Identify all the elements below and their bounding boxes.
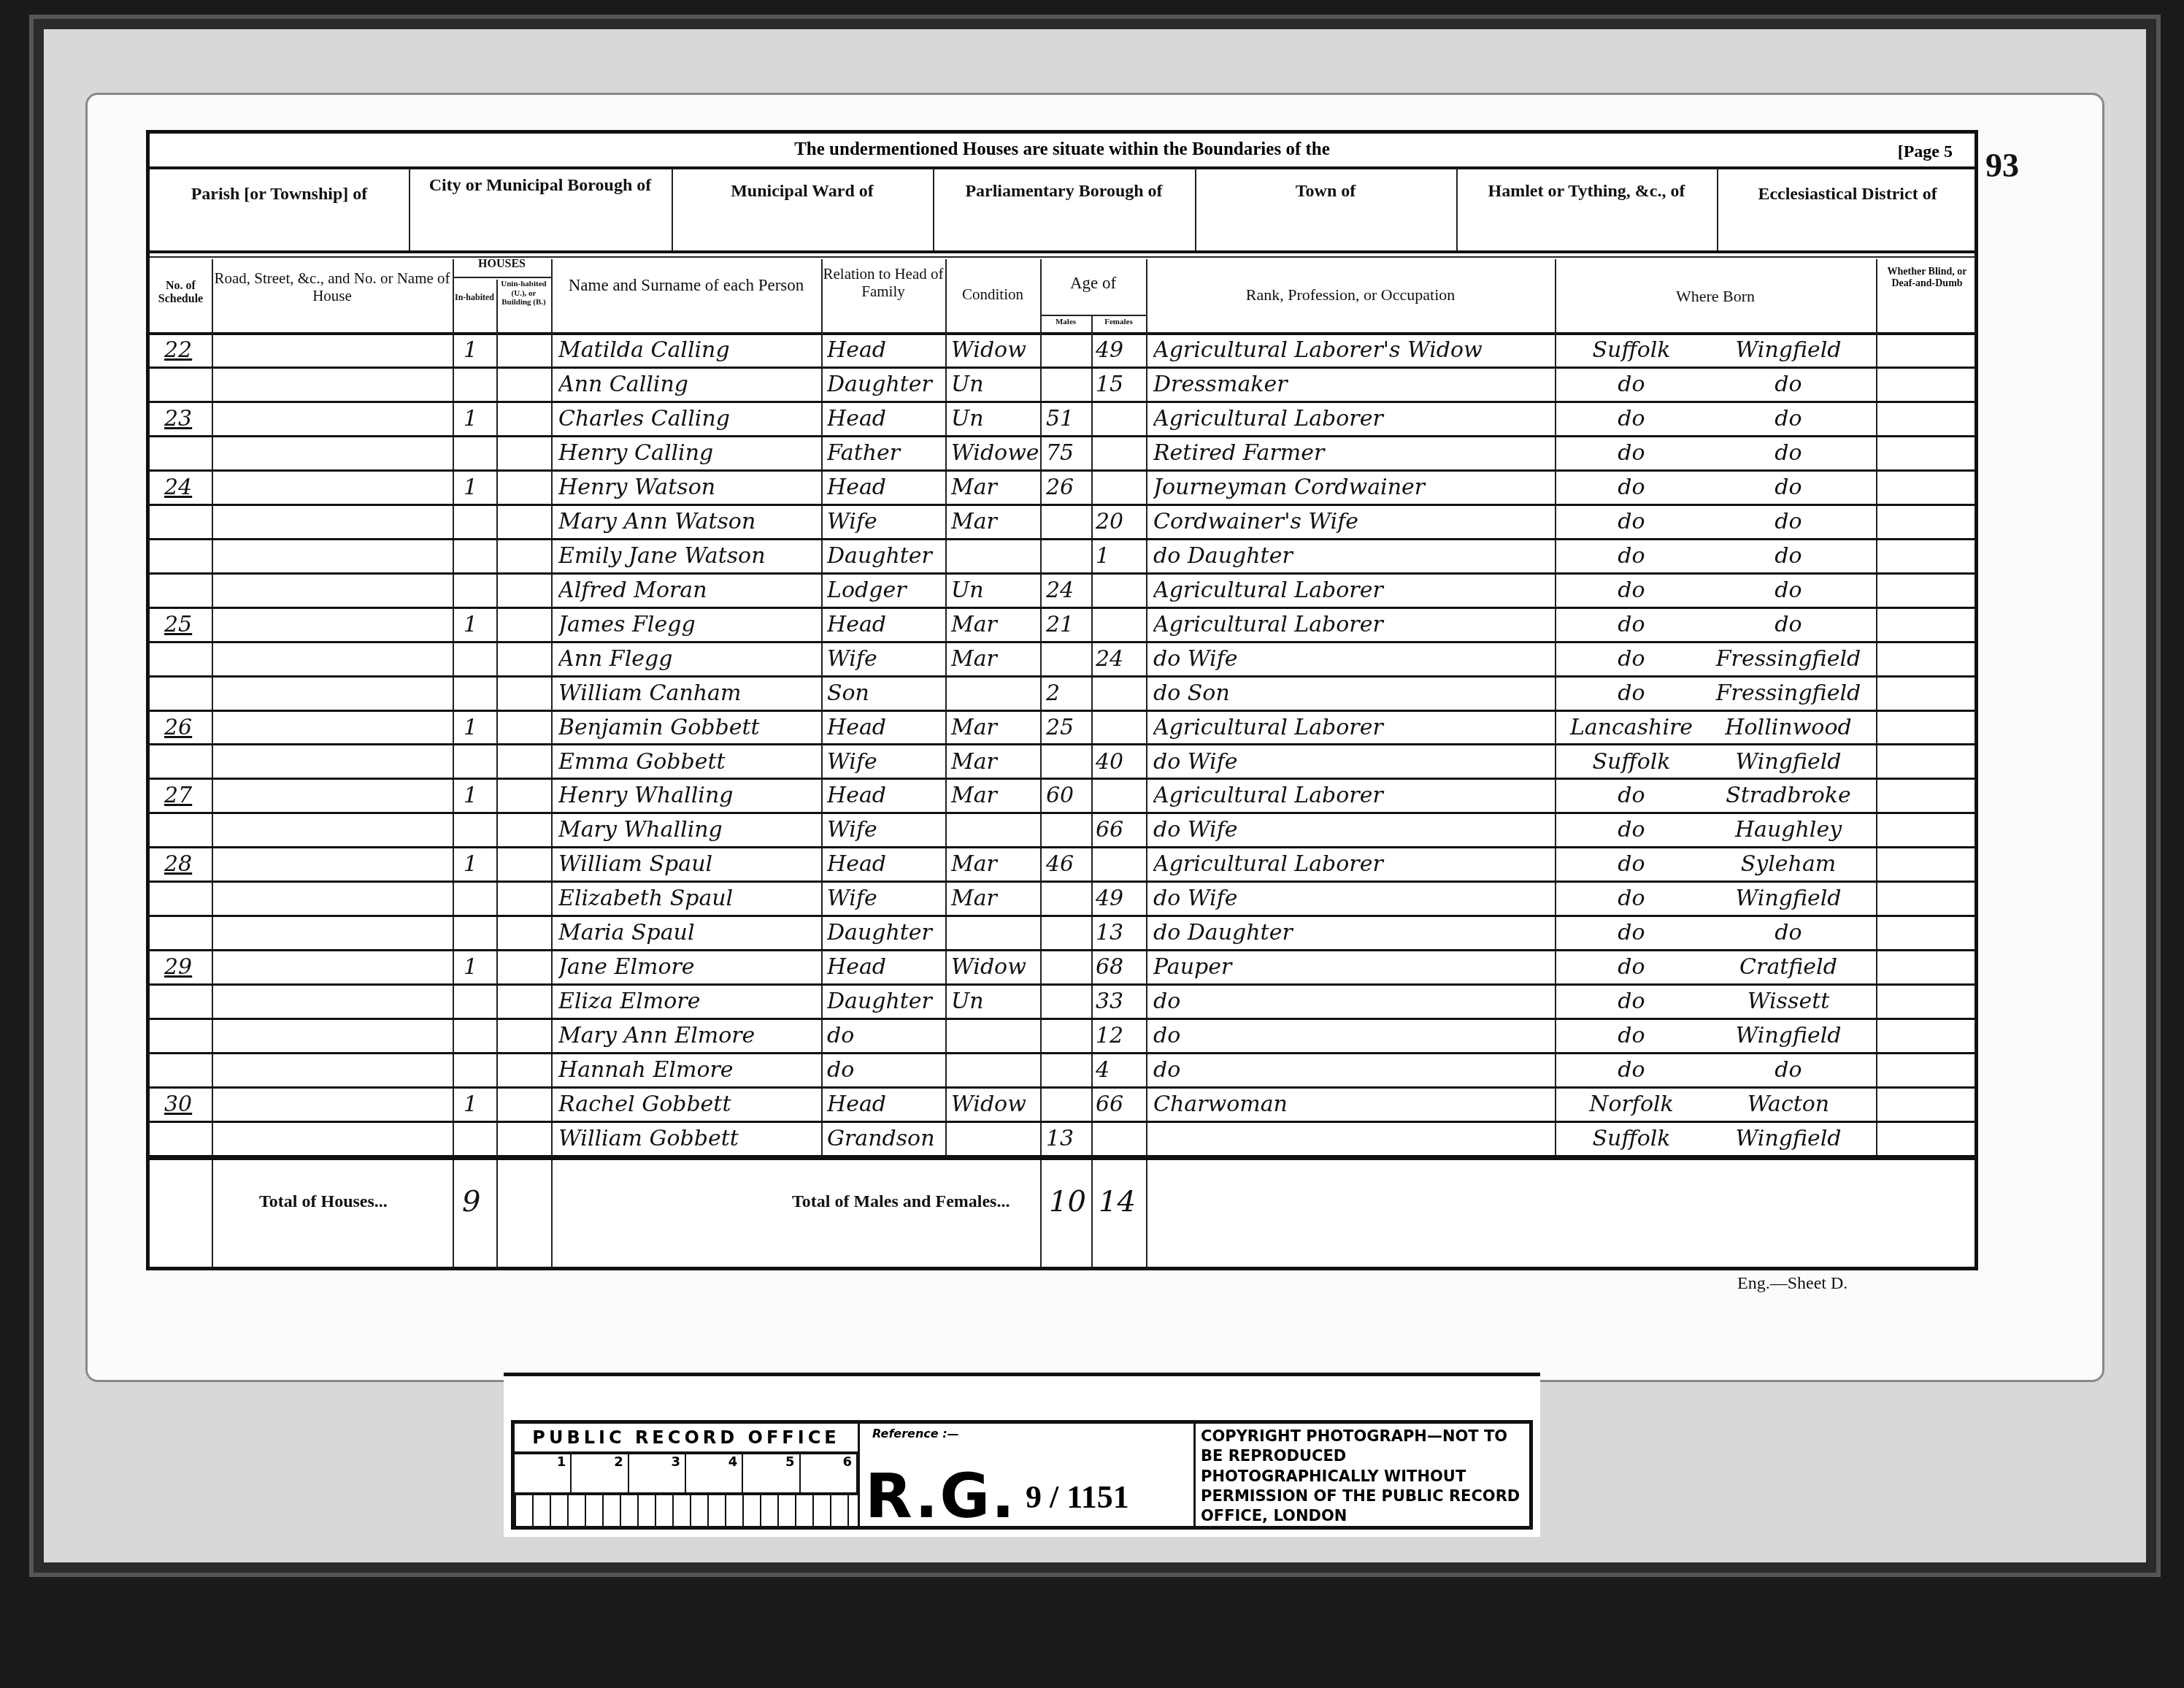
female-age: 20 [1096, 509, 1144, 534]
birth-county: do [1562, 817, 1701, 843]
divider [1456, 169, 1458, 250]
female-age: 40 [1096, 749, 1144, 775]
relation-to-head: Daughter [827, 543, 944, 569]
occupation: Agricultural Laborer [1153, 578, 1551, 603]
person-name: Emily Jane Watson [558, 543, 818, 569]
birth-place: Syleham [1704, 851, 1872, 877]
census-row: Mary WhallingWife66do WifedoHaughley [150, 814, 1975, 848]
occupation: Journeyman Cordwainer [1153, 475, 1551, 500]
relation-to-head: Daughter [827, 372, 944, 397]
relation-to-head: Head [827, 475, 944, 500]
person-name: James Flegg [558, 612, 818, 637]
ruler-scale: 1 2 3 4 5 6 [515, 1454, 858, 1495]
sheet-footer-note: Eng.—Sheet D. [1737, 1274, 1847, 1294]
male-age: 46 [1046, 851, 1090, 877]
male-age: 75 [1046, 440, 1090, 466]
col-condition: Condition [945, 285, 1040, 303]
birth-county: do [1562, 406, 1701, 431]
ruler-mark: 1 [515, 1454, 572, 1492]
inhabited-mark: 1 [464, 715, 493, 740]
relation-to-head: Lodger [827, 578, 944, 603]
census-row: Emma GobbettWifeMar40do WifeSuffolkWingf… [150, 746, 1975, 780]
occupation: Agricultural Laborer [1153, 783, 1551, 808]
inhabited-mark: 1 [464, 1092, 493, 1117]
birth-county: Suffolk [1562, 749, 1701, 775]
person-name: Eliza Elmore [558, 989, 818, 1014]
birth-place: do [1704, 406, 1872, 431]
occupation: do [1153, 989, 1551, 1014]
parish-header: Parish [or Township] of [150, 185, 409, 205]
divider [933, 169, 934, 250]
total-houses-label: Total of Houses... [259, 1192, 388, 1212]
relation-to-head: Grandson [827, 1126, 944, 1151]
inhabited-mark: 1 [464, 783, 493, 808]
birth-county: do [1562, 920, 1701, 945]
divider [150, 166, 1975, 169]
occupation: Agricultural Laborer [1153, 406, 1551, 431]
female-age: 49 [1096, 337, 1144, 363]
marital-condition: Mar [951, 509, 1039, 534]
person-name: Ann Calling [558, 372, 818, 397]
divider [150, 256, 1975, 258]
occupation: do [1153, 1057, 1551, 1083]
marital-condition: Un [951, 578, 1039, 603]
col-relation: Relation to Head of Family [821, 265, 945, 300]
person-name: Elizabeth Spaul [558, 886, 818, 911]
person-name: Mary Ann Elmore [558, 1023, 818, 1048]
census-row: Mary Ann WatsonWifeMar20Cordwainer's Wif… [150, 506, 1975, 540]
marital-condition: Widow [951, 337, 1039, 363]
birth-county: do [1562, 989, 1701, 1014]
person-name: Rachel Gobbett [558, 1092, 818, 1117]
person-name: Jane Elmore [558, 954, 818, 980]
census-row: Ann FleggWifeMar24do WifedoFressingfield [150, 643, 1975, 678]
birth-place: Hollinwood [1704, 715, 1872, 740]
person-name: Alfred Moran [558, 578, 818, 603]
birth-place: Cratfield [1704, 954, 1872, 980]
birth-county: do [1562, 1023, 1701, 1048]
female-age: 33 [1096, 989, 1144, 1014]
total-houses-value: 9 [462, 1185, 480, 1219]
relation-to-head: Son [827, 680, 944, 706]
page-number: [Page 5 [1898, 142, 1953, 162]
birth-place: do [1704, 372, 1872, 397]
census-row: Emily Jane WatsonDaughter1do Daughterdod… [150, 540, 1975, 575]
ruler-mark: 3 [629, 1454, 686, 1492]
ruler-ticks [515, 1495, 858, 1526]
inhabited-mark: 1 [464, 475, 493, 500]
inhabited-mark: 1 [464, 954, 493, 980]
occupation: do Wife [1153, 749, 1551, 775]
birth-place: do [1704, 475, 1872, 500]
col-uninhabited: Unin-habited (U.), or Building (B.) [496, 280, 551, 307]
col-houses: HOUSES [453, 258, 551, 271]
census-row: Hannah Elmoredo4dododo [150, 1054, 1975, 1089]
person-name: Benjamin Gobbett [558, 715, 818, 740]
office-title: PUBLIC RECORD OFFICE [515, 1424, 858, 1454]
male-age: 26 [1046, 475, 1090, 500]
marital-condition: Mar [951, 749, 1039, 775]
person-name: Hannah Elmore [558, 1057, 818, 1083]
ward-header: Municipal Ward of [672, 182, 933, 202]
relation-to-head: Daughter [827, 989, 944, 1014]
col-age: Age of [1040, 274, 1146, 293]
person-name: Maria Spaul [558, 920, 818, 945]
census-row: 241Henry WatsonHeadMar26Journeyman Cordw… [150, 472, 1975, 506]
boundaries-banner: The undermentioned Houses are situate wi… [150, 139, 1975, 160]
relation-to-head: Head [827, 783, 944, 808]
relation-to-head: Wife [827, 646, 944, 672]
total-females-value: 14 [1099, 1185, 1136, 1219]
birth-place: Wingfield [1704, 1023, 1872, 1048]
ruler-mark: 5 [743, 1454, 800, 1492]
census-rows: 221Matilda CallingHeadWidow49Agricultura… [150, 334, 1975, 1159]
marital-condition: Mar [951, 646, 1039, 672]
occupation: do Daughter [1153, 543, 1551, 569]
census-row: 271Henry WhallingHeadMar60Agricultural L… [150, 780, 1975, 814]
occupation: Cordwainer's Wife [1153, 509, 1551, 534]
census-row: 291Jane ElmoreHeadWidow68PauperdoCratfie… [150, 951, 1975, 986]
census-row: 221Matilda CallingHeadWidow49Agricultura… [150, 334, 1975, 369]
relation-to-head: Head [827, 851, 944, 877]
relation-to-head: Head [827, 612, 944, 637]
relation-to-head: Head [827, 715, 944, 740]
parliamentary-borough-header: Parliamentary Borough of [933, 182, 1195, 202]
person-name: Matilda Calling [558, 337, 818, 363]
female-age: 13 [1096, 920, 1144, 945]
marital-condition: Un [951, 989, 1039, 1014]
birth-county: Lancashire [1562, 715, 1701, 740]
female-age: 66 [1096, 1092, 1144, 1117]
male-age: 2 [1046, 680, 1090, 706]
public-record-office-panel: PUBLIC RECORD OFFICE 1 2 3 4 5 6 [515, 1424, 860, 1526]
birth-county: do [1562, 1057, 1701, 1083]
relation-to-head: Head [827, 406, 944, 431]
male-age: 24 [1046, 578, 1090, 603]
ecclesiastical-district-header: Ecclesiastical District of [1717, 185, 1978, 205]
schedule-number: 29 [164, 954, 208, 980]
relation-to-head: Head [827, 337, 944, 363]
marital-condition: Un [951, 406, 1039, 431]
census-row: William CanhamSon2do SondoFressingfield [150, 678, 1975, 712]
relation-to-head: Wife [827, 509, 944, 534]
occupation: do [1153, 1023, 1551, 1048]
col-name: Name and Surname of each Person [551, 276, 821, 295]
birth-county: do [1562, 783, 1701, 808]
birth-county: Norfolk [1562, 1092, 1701, 1117]
occupation: Agricultural Laborer [1153, 612, 1551, 637]
birth-place: do [1704, 920, 1872, 945]
divider [150, 250, 1975, 253]
schedule-number: 26 [164, 715, 208, 740]
census-row: 231Charles CallingHeadUn51Agricultural L… [150, 403, 1975, 437]
marital-condition: Mar [951, 851, 1039, 877]
divider [1195, 169, 1196, 250]
relation-to-head: Head [827, 954, 944, 980]
marital-condition: Un [951, 372, 1039, 397]
census-row: 301Rachel GobbettHeadWidow66CharwomanNor… [150, 1089, 1975, 1123]
marital-condition: Widow [951, 1092, 1039, 1117]
census-row: Eliza ElmoreDaughterUn33dodoWissett [150, 986, 1975, 1020]
birth-county: Suffolk [1562, 1126, 1701, 1151]
female-age: 12 [1096, 1023, 1144, 1048]
schedule-number: 25 [164, 612, 208, 637]
town-header: Town of [1195, 182, 1456, 202]
male-age: 21 [1046, 612, 1090, 637]
occupation: Charwoman [1153, 1092, 1551, 1117]
person-name: Mary Ann Watson [558, 509, 818, 534]
folio-number: 93 [1985, 146, 2019, 185]
schedule-number: 24 [164, 475, 208, 500]
birth-county: do [1562, 680, 1701, 706]
person-name: Henry Calling [558, 440, 818, 466]
birth-place: Stradbroke [1704, 783, 1872, 808]
reference-box: PUBLIC RECORD OFFICE 1 2 3 4 5 6 Referen… [511, 1420, 1533, 1530]
col-males: Males [1040, 318, 1091, 327]
occupation: Dressmaker [1153, 372, 1551, 397]
birth-place: do [1704, 1057, 1872, 1083]
birth-place: Wingfield [1704, 886, 1872, 911]
city-header: City or Municipal Borough of [409, 176, 672, 196]
inhabited-mark: 1 [464, 851, 493, 877]
marital-condition: Widower [951, 440, 1039, 466]
birth-place: Fressingfield [1704, 646, 1872, 672]
male-age: 25 [1046, 715, 1090, 740]
birth-county: do [1562, 954, 1701, 980]
census-row: Mary Ann Elmoredo12dodoWingfield [150, 1020, 1975, 1054]
occupation: Agricultural Laborer [1153, 851, 1551, 877]
birth-county: do [1562, 372, 1701, 397]
census-row: Alfred MoranLodgerUn24Agricultural Labor… [150, 575, 1975, 609]
occupation: Agricultural Laborer [1153, 715, 1551, 740]
occupation: do Son [1153, 680, 1551, 706]
female-age: 66 [1096, 817, 1144, 843]
total-persons-label: Total of Males and Females... [792, 1192, 1010, 1212]
birth-county: Suffolk [1562, 337, 1701, 363]
schedule-number: 22 [164, 337, 208, 363]
reference-panel: Reference :— R.G. 9 / 1151 [858, 1424, 1196, 1526]
col-females: Females [1091, 318, 1146, 327]
col-where-born: Where Born [1555, 287, 1876, 305]
ruler-mark: 4 [686, 1454, 743, 1492]
relation-to-head: Daughter [827, 920, 944, 945]
total-males-value: 10 [1049, 1185, 1086, 1219]
birth-place: do [1704, 612, 1872, 637]
person-name: Ann Flegg [558, 646, 818, 672]
reference-series: R.G. [865, 1460, 1016, 1532]
divider [672, 169, 673, 250]
birth-place: Wingfield [1704, 1126, 1872, 1151]
occupation: Retired Farmer [1153, 440, 1551, 466]
female-age: 15 [1096, 372, 1144, 397]
occupation: do Wife [1153, 886, 1551, 911]
birth-county: do [1562, 646, 1701, 672]
birth-place: Wacton [1704, 1092, 1872, 1117]
divider [150, 1157, 1975, 1160]
occupation: Pauper [1153, 954, 1551, 980]
person-name: William Canham [558, 680, 818, 706]
census-row: Henry CallingFatherWidower75Retired Farm… [150, 437, 1975, 472]
person-name: Henry Watson [558, 475, 818, 500]
male-age: 51 [1046, 406, 1090, 431]
inhabited-mark: 1 [464, 337, 493, 363]
marital-condition: Mar [951, 715, 1039, 740]
birth-place: Wingfield [1704, 749, 1872, 775]
census-row: 261Benjamin GobbettHeadMar25Agricultural… [150, 712, 1975, 746]
ruler-mark: 2 [572, 1454, 628, 1492]
birth-county: do [1562, 440, 1701, 466]
person-name: Emma Gobbett [558, 749, 818, 775]
relation-to-head: do [827, 1023, 944, 1048]
census-row: Maria SpaulDaughter13do Daughterdodo [150, 917, 1975, 951]
marital-condition: Mar [951, 886, 1039, 911]
birth-county: do [1562, 851, 1701, 877]
marital-condition: Widow [951, 954, 1039, 980]
occupation: do Wife [1153, 646, 1551, 672]
relation-to-head: Wife [827, 886, 944, 911]
birth-county: do [1562, 509, 1701, 534]
census-row: Elizabeth SpaulWifeMar49do WifedoWingfie… [150, 883, 1975, 917]
birth-county: do [1562, 578, 1701, 603]
col-inhabited: In-habited [453, 293, 496, 303]
schedule-number: 28 [164, 851, 208, 877]
birth-county: do [1562, 475, 1701, 500]
relation-to-head: Head [827, 1092, 944, 1117]
marital-condition: Mar [951, 783, 1039, 808]
occupation: do Daughter [1153, 920, 1551, 945]
census-row: 281William SpaulHeadMar46Agricultural La… [150, 848, 1975, 883]
inhabited-mark: 1 [464, 612, 493, 637]
census-form: The undermentioned Houses are situate wi… [146, 130, 1978, 1270]
col-blind-deaf: Whether Blind, or Deaf-and-Dumb [1876, 266, 1978, 290]
female-age: 1 [1096, 543, 1144, 569]
person-name: Charles Calling [558, 406, 818, 431]
census-row: 251James FleggHeadMar21Agricultural Labo… [150, 609, 1975, 643]
birth-place: do [1704, 440, 1872, 466]
male-age: 13 [1046, 1126, 1090, 1151]
birth-place: Fressingfield [1704, 680, 1872, 706]
male-age: 60 [1046, 783, 1090, 808]
schedule-number: 23 [164, 406, 208, 431]
person-name: William Spaul [558, 851, 818, 877]
birth-place: do [1704, 509, 1872, 534]
schedule-number: 27 [164, 783, 208, 808]
col-occupation: Rank, Profession, or Occupation [1146, 285, 1555, 304]
reference-label: Reference :— [872, 1427, 959, 1440]
female-age: 49 [1096, 886, 1144, 911]
divider [1717, 169, 1718, 250]
birth-county: do [1562, 886, 1701, 911]
schedule-number: 30 [164, 1092, 208, 1117]
census-row: William GobbettGrandson13SuffolkWingfiel… [150, 1123, 1975, 1157]
birth-place: Haughley [1704, 817, 1872, 843]
birth-place: do [1704, 578, 1872, 603]
ruler-mark: 6 [801, 1454, 858, 1492]
col-schedule: No. of Schedule [150, 280, 212, 307]
occupation: do Wife [1153, 817, 1551, 843]
birth-place: Wingfield [1704, 337, 1872, 363]
reference-card: PUBLIC RECORD OFFICE 1 2 3 4 5 6 Referen… [504, 1373, 1540, 1537]
copyright-notice: COPYRIGHT PHOTOGRAPH—NOT TO BE REPRODUCE… [1201, 1427, 1529, 1526]
reference-piece: 9 / 1151 [1026, 1478, 1129, 1516]
relation-to-head: Wife [827, 817, 944, 843]
birth-county: do [1562, 543, 1701, 569]
occupation: Agricultural Laborer's Widow [1153, 337, 1551, 363]
census-row: Ann CallingDaughterUn15Dressmakerdodo [150, 369, 1975, 403]
col-road: Road, Street, &c., and No. or Name of Ho… [212, 269, 453, 304]
inhabited-mark: 1 [464, 406, 493, 431]
relation-to-head: Father [827, 440, 944, 466]
person-name: Henry Whalling [558, 783, 818, 808]
female-age: 24 [1096, 646, 1144, 672]
marital-condition: Mar [951, 612, 1039, 637]
divider [1040, 315, 1146, 316]
female-age: 68 [1096, 954, 1144, 980]
hamlet-header: Hamlet or Tything, &c., of [1456, 182, 1717, 202]
relation-to-head: do [827, 1057, 944, 1083]
birth-place: Wissett [1704, 989, 1872, 1014]
female-age: 4 [1096, 1057, 1144, 1083]
birth-place: do [1704, 543, 1872, 569]
relation-to-head: Wife [827, 749, 944, 775]
marital-condition: Mar [951, 475, 1039, 500]
person-name: William Gobbett [558, 1126, 818, 1151]
birth-county: do [1562, 612, 1701, 637]
divider [453, 277, 551, 278]
person-name: Mary Whalling [558, 817, 818, 843]
